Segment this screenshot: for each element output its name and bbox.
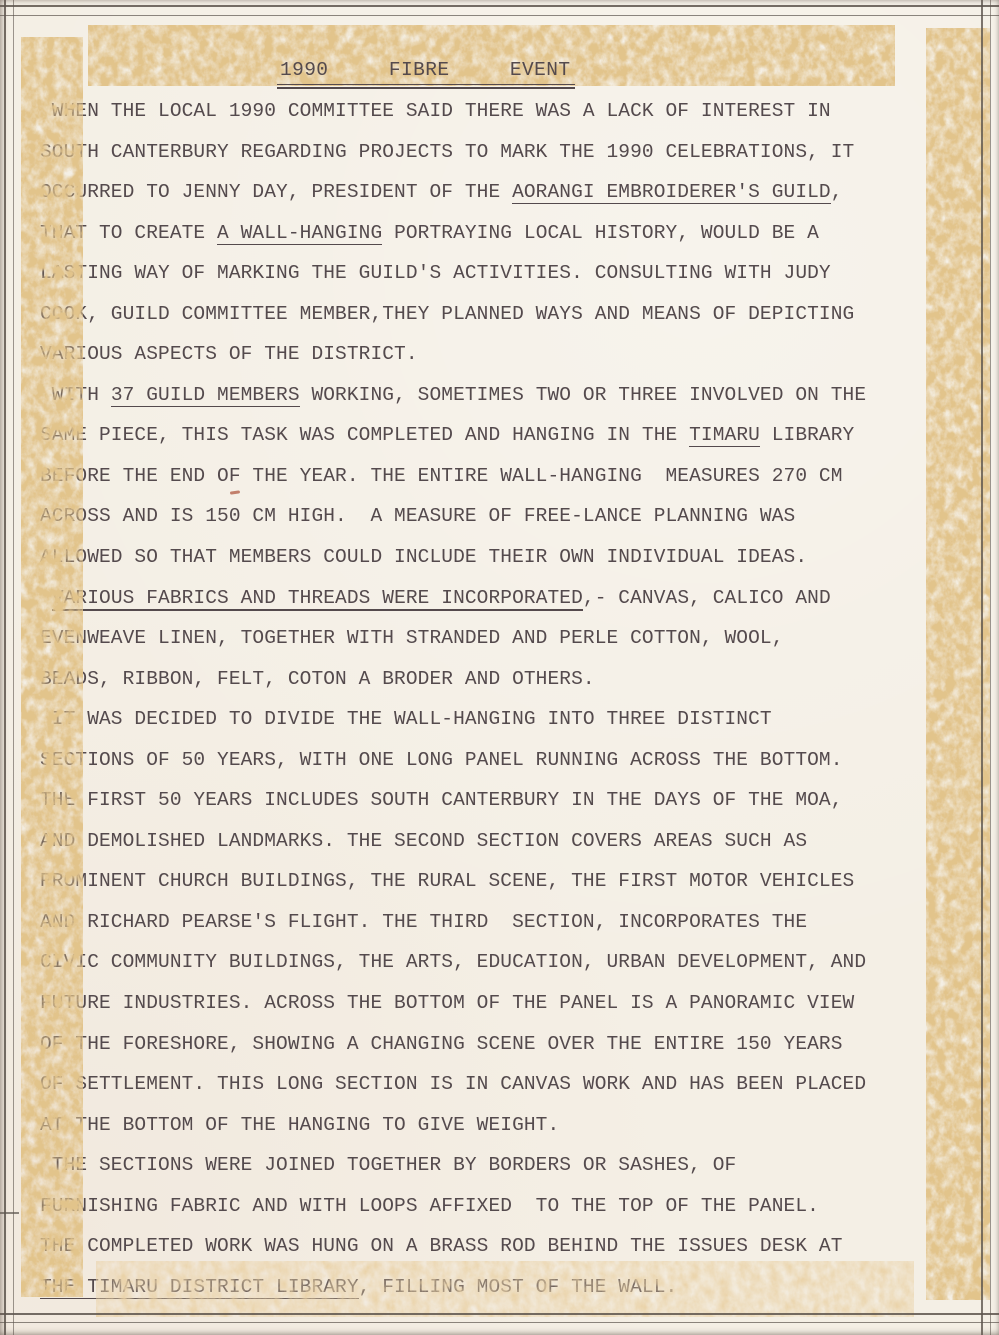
underlined-text: VARIOUS FABRICS AND THREADS WERE INCORPO… [52, 587, 583, 611]
text-line: PROMINENT CHURCH BUILDINGS, THE RURAL SC… [40, 861, 866, 902]
text-line: OF SETTLEMENT. THIS LONG SECTION IS IN C… [40, 1064, 866, 1105]
text-line: WHEN THE LOCAL 1990 COMMITTEE SAID THERE… [40, 91, 866, 132]
text-line: OF THE FORESHORE, SHOWING A CHANGING SCE… [40, 1024, 866, 1065]
text-segment: LASTING WAY OF MARKING THE GUILD'S ACTIV… [40, 262, 831, 284]
text-segment: EVENWEAVE LINEN, TOGETHER WITH STRANDED … [40, 627, 784, 649]
text-segment: PORTRAYING LOCAL HISTORY, WOULD BE A [382, 222, 819, 244]
frame-line-bottom-outer [0, 1322, 999, 1323]
page-title: 1990 FIBRE EVENT [277, 59, 575, 85]
text-segment: , [831, 181, 843, 203]
text-line: THE TIMARU DISTRICT LIBRARY, FILLING MOS… [40, 1267, 866, 1308]
text-segment: WORKING, SOMETIMES TWO OR THREE INVOLVED… [300, 384, 867, 406]
text-line: FURNISHING FABRIC AND WITH LOOPS AFFIXED… [40, 1186, 866, 1227]
text-line: IT WAS DECIDED TO DIVIDE THE WALL-HANGIN… [40, 699, 866, 740]
text-segment: THAT TO CREATE [40, 222, 217, 244]
page-title-text: 1990 FIBRE EVENT [280, 59, 570, 81]
text-line: VARIOUS FABRICS AND THREADS WERE INCORPO… [40, 578, 866, 619]
text-line: ALLOWED SO THAT MEMBERS COULD INCLUDE TH… [40, 537, 866, 578]
text-line: BEFORE THE END OF THE YEAR. THE ENTIRE W… [40, 456, 866, 497]
text-segment: WITH [40, 384, 111, 406]
underlined-text: THE TIMARU DISTRICT LIBRARY [40, 1276, 359, 1299]
frame-line-left-stub [0, 1212, 19, 1214]
text-line: SAME PIECE, THIS TASK WAS COMPLETED AND … [40, 415, 866, 456]
text-segment: , FILLING MOST OF THE WALL. [359, 1276, 678, 1298]
text-line: SOUTH CANTERBURY REGARDING PROJECTS TO M… [40, 132, 866, 173]
frame-line-top-outer [0, 5, 999, 7]
text-line: ACROSS AND IS 150 CM HIGH. A MEASURE OF … [40, 496, 866, 537]
text-line: OCCURRED TO JENNY DAY, PRESIDENT OF THE … [40, 172, 866, 213]
text-segment: ,- CANVAS, CALICO AND [583, 587, 831, 609]
text-segment: IT WAS DECIDED TO DIVIDE THE WALL-HANGIN… [40, 708, 772, 730]
frame-line-left-outer [4, 0, 6, 1335]
text-segment [40, 587, 52, 609]
text-segment: THE SECTIONS WERE JOINED TOGETHER BY BOR… [40, 1154, 736, 1176]
underlined-text: AORANGI EMBROIDERER'S GUILD [512, 181, 831, 204]
text-segment: OCCURRED TO JENNY DAY, PRESIDENT OF THE [40, 181, 512, 203]
text-line: AT THE BOTTOM OF THE HANGING TO GIVE WEI… [40, 1105, 866, 1146]
text-segment: FURNISHING FABRIC AND WITH LOOPS AFFIXED… [40, 1195, 819, 1217]
text-segment: BEADS, RIBBON, FELT, COTON A BRODER AND … [40, 668, 595, 690]
text-segment: ACROSS AND IS 150 CM HIGH. A MEASURE OF … [40, 505, 795, 527]
text-segment: WHEN THE LOCAL 1990 COMMITTEE SAID THERE… [40, 100, 831, 122]
text-line: THE COMPLETED WORK WAS HUNG ON A BRASS R… [40, 1226, 866, 1267]
text-segment: FUTURE INDUSTRIES. ACROSS THE BOTTOM OF … [40, 992, 854, 1014]
text-segment: AND DEMOLISHED LANDMARKS. THE SECOND SEC… [40, 830, 807, 852]
frame-line-right-outer [990, 0, 991, 1335]
text-segment: COOK, GUILD COMMITTEE MEMBER,THEY PLANNE… [40, 303, 854, 325]
text-line: THE SECTIONS WERE JOINED TOGETHER BY BOR… [40, 1145, 866, 1186]
underlined-text: 37 GUILD MEMBERS [111, 384, 300, 407]
underlined-text: A WALL-HANGING [217, 222, 382, 245]
text-segment: THE COMPLETED WORK WAS HUNG ON A BRASS R… [40, 1235, 843, 1257]
text-segment: VARIOUS ASPECTS OF THE DISTRICT. [40, 343, 418, 365]
text-segment: OF THE FORESHORE, SHOWING A CHANGING SCE… [40, 1033, 843, 1055]
text-line: THAT TO CREATE A WALL-HANGING PORTRAYING… [40, 213, 866, 254]
text-line: BEADS, RIBBON, FELT, COTON A BRODER AND … [40, 659, 866, 700]
frame-line-top-inner [0, 15, 999, 16]
text-segment: BEFORE THE END OF THE YEAR. THE ENTIRE W… [40, 465, 843, 487]
scanned-document-page: WHEN THE LOCAL 1990 COMMITTEE SAID THERE… [0, 0, 999, 1335]
border-band-right [926, 28, 990, 1300]
text-segment: OF SETTLEMENT. THIS LONG SECTION IS IN C… [40, 1073, 866, 1095]
text-line: SECTIONS OF 50 YEARS, WITH ONE LONG PANE… [40, 740, 866, 781]
text-line: AND DEMOLISHED LANDMARKS. THE SECOND SEC… [40, 821, 866, 862]
text-line: AND RICHARD PEARSE'S FLIGHT. THE THIRD S… [40, 902, 866, 943]
body-text: WHEN THE LOCAL 1990 COMMITTEE SAID THERE… [40, 91, 866, 1307]
text-segment: THE FIRST 50 YEARS INCLUDES SOUTH CANTER… [40, 789, 843, 811]
underlined-text: TIMARU [689, 424, 760, 447]
frame-line-left-inner [13, 0, 14, 1335]
text-segment: SECTIONS OF 50 YEARS, WITH ONE LONG PANE… [40, 749, 843, 771]
text-segment: PROMINENT CHURCH BUILDINGS, THE RURAL SC… [40, 870, 854, 892]
text-segment: SOUTH CANTERBURY REGARDING PROJECTS TO M… [40, 141, 854, 163]
text-line: EVENWEAVE LINEN, TOGETHER WITH STRANDED … [40, 618, 866, 659]
text-segment: CIVIC COMMUNITY BUILDINGS, THE ARTS, EDU… [40, 951, 866, 973]
text-line: COOK, GUILD COMMITTEE MEMBER,THEY PLANNE… [40, 294, 866, 335]
text-segment: ALLOWED SO THAT MEMBERS COULD INCLUDE TH… [40, 546, 807, 568]
frame-line-bottom-inner [0, 1313, 999, 1315]
text-segment: AND RICHARD PEARSE'S FLIGHT. THE THIRD S… [40, 911, 807, 933]
text-line: WITH 37 GUILD MEMBERS WORKING, SOMETIMES… [40, 375, 866, 416]
text-line: LASTING WAY OF MARKING THE GUILD'S ACTIV… [40, 253, 866, 294]
text-line: THE FIRST 50 YEARS INCLUDES SOUTH CANTER… [40, 780, 866, 821]
text-segment: LIBRARY [760, 424, 854, 446]
text-line: CIVIC COMMUNITY BUILDINGS, THE ARTS, EDU… [40, 942, 866, 983]
text-line: FUTURE INDUSTRIES. ACROSS THE BOTTOM OF … [40, 983, 866, 1024]
text-segment: AT THE BOTTOM OF THE HANGING TO GIVE WEI… [40, 1114, 559, 1136]
frame-line-right-inner [981, 0, 983, 1335]
text-segment: SAME PIECE, THIS TASK WAS COMPLETED AND … [40, 424, 689, 446]
text-line: VARIOUS ASPECTS OF THE DISTRICT. [40, 334, 866, 375]
